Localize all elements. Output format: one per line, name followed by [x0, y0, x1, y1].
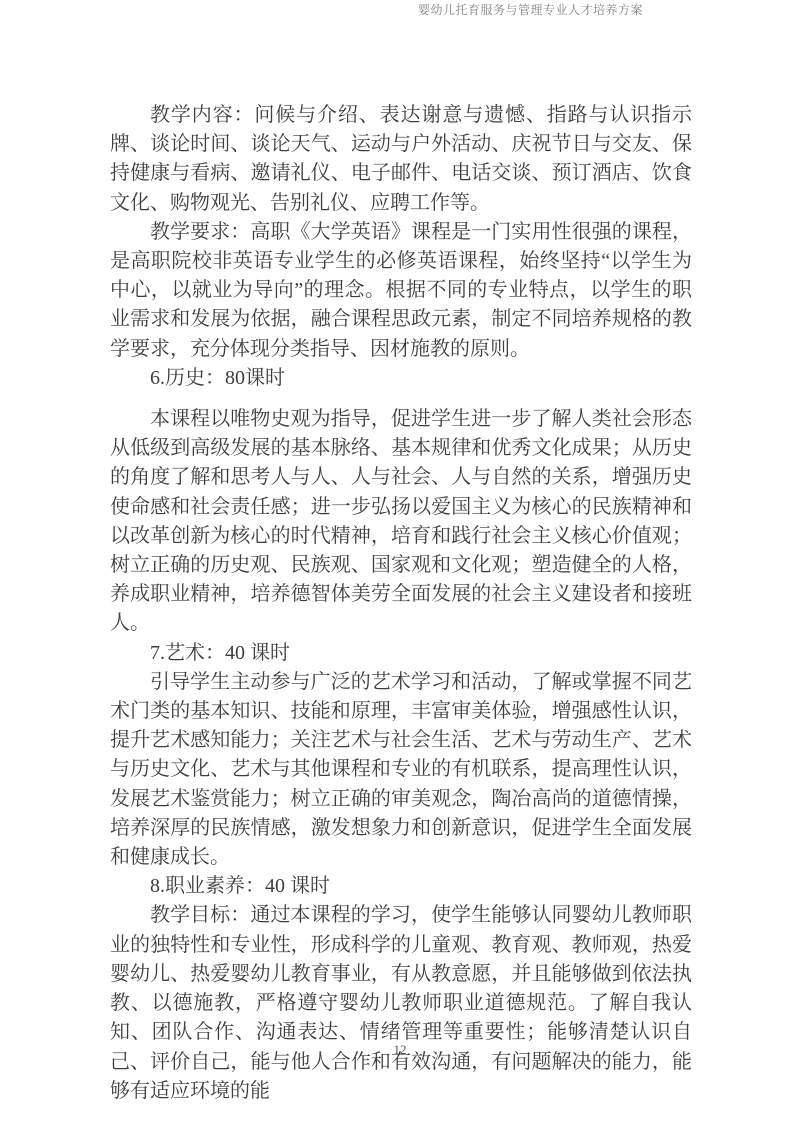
page-number: 12 [0, 1042, 800, 1058]
section-heading: 7.艺术：40 课时 [110, 639, 692, 668]
paragraph: 教学目标：通过本课程的学习，使学生能够认同婴幼儿教师职业的独特性和专业性，形成科… [110, 901, 692, 1105]
document-body: 教学内容：问候与介绍、表达谢意与遗憾、指路与认识指示牌、谈论时间、谈论天气、运动… [110, 101, 692, 1106]
section-heading: 6.历史：80课时 [110, 364, 692, 393]
paragraph: 本课程以唯物史观为指导，促进学生进一步了解人类社会形态从低级到高级发展的基本脉络… [110, 405, 692, 639]
paragraph: 教学要求：高职《大学英语》课程是一门实用性很强的课程，是高职院校非英语专业学生的… [110, 218, 692, 364]
paragraph: 教学内容：问候与介绍、表达谢意与遗憾、指路与认识指示牌、谈论时间、谈论天气、运动… [110, 101, 692, 218]
running-header: 婴幼儿托育服务与管理专业人才培养方案 [418, 3, 643, 17]
paragraph: 引导学生主动参与广泛的艺术学习和活动，了解或掌握不同艺术门类的基本知识、技能和原… [110, 668, 692, 872]
document-page: 婴幼儿托育服务与管理专业人才培养方案 教学内容：问候与介绍、表达谢意与遗憾、指路… [0, 0, 800, 1130]
section-heading: 8.职业素养：40 课时 [110, 872, 692, 901]
